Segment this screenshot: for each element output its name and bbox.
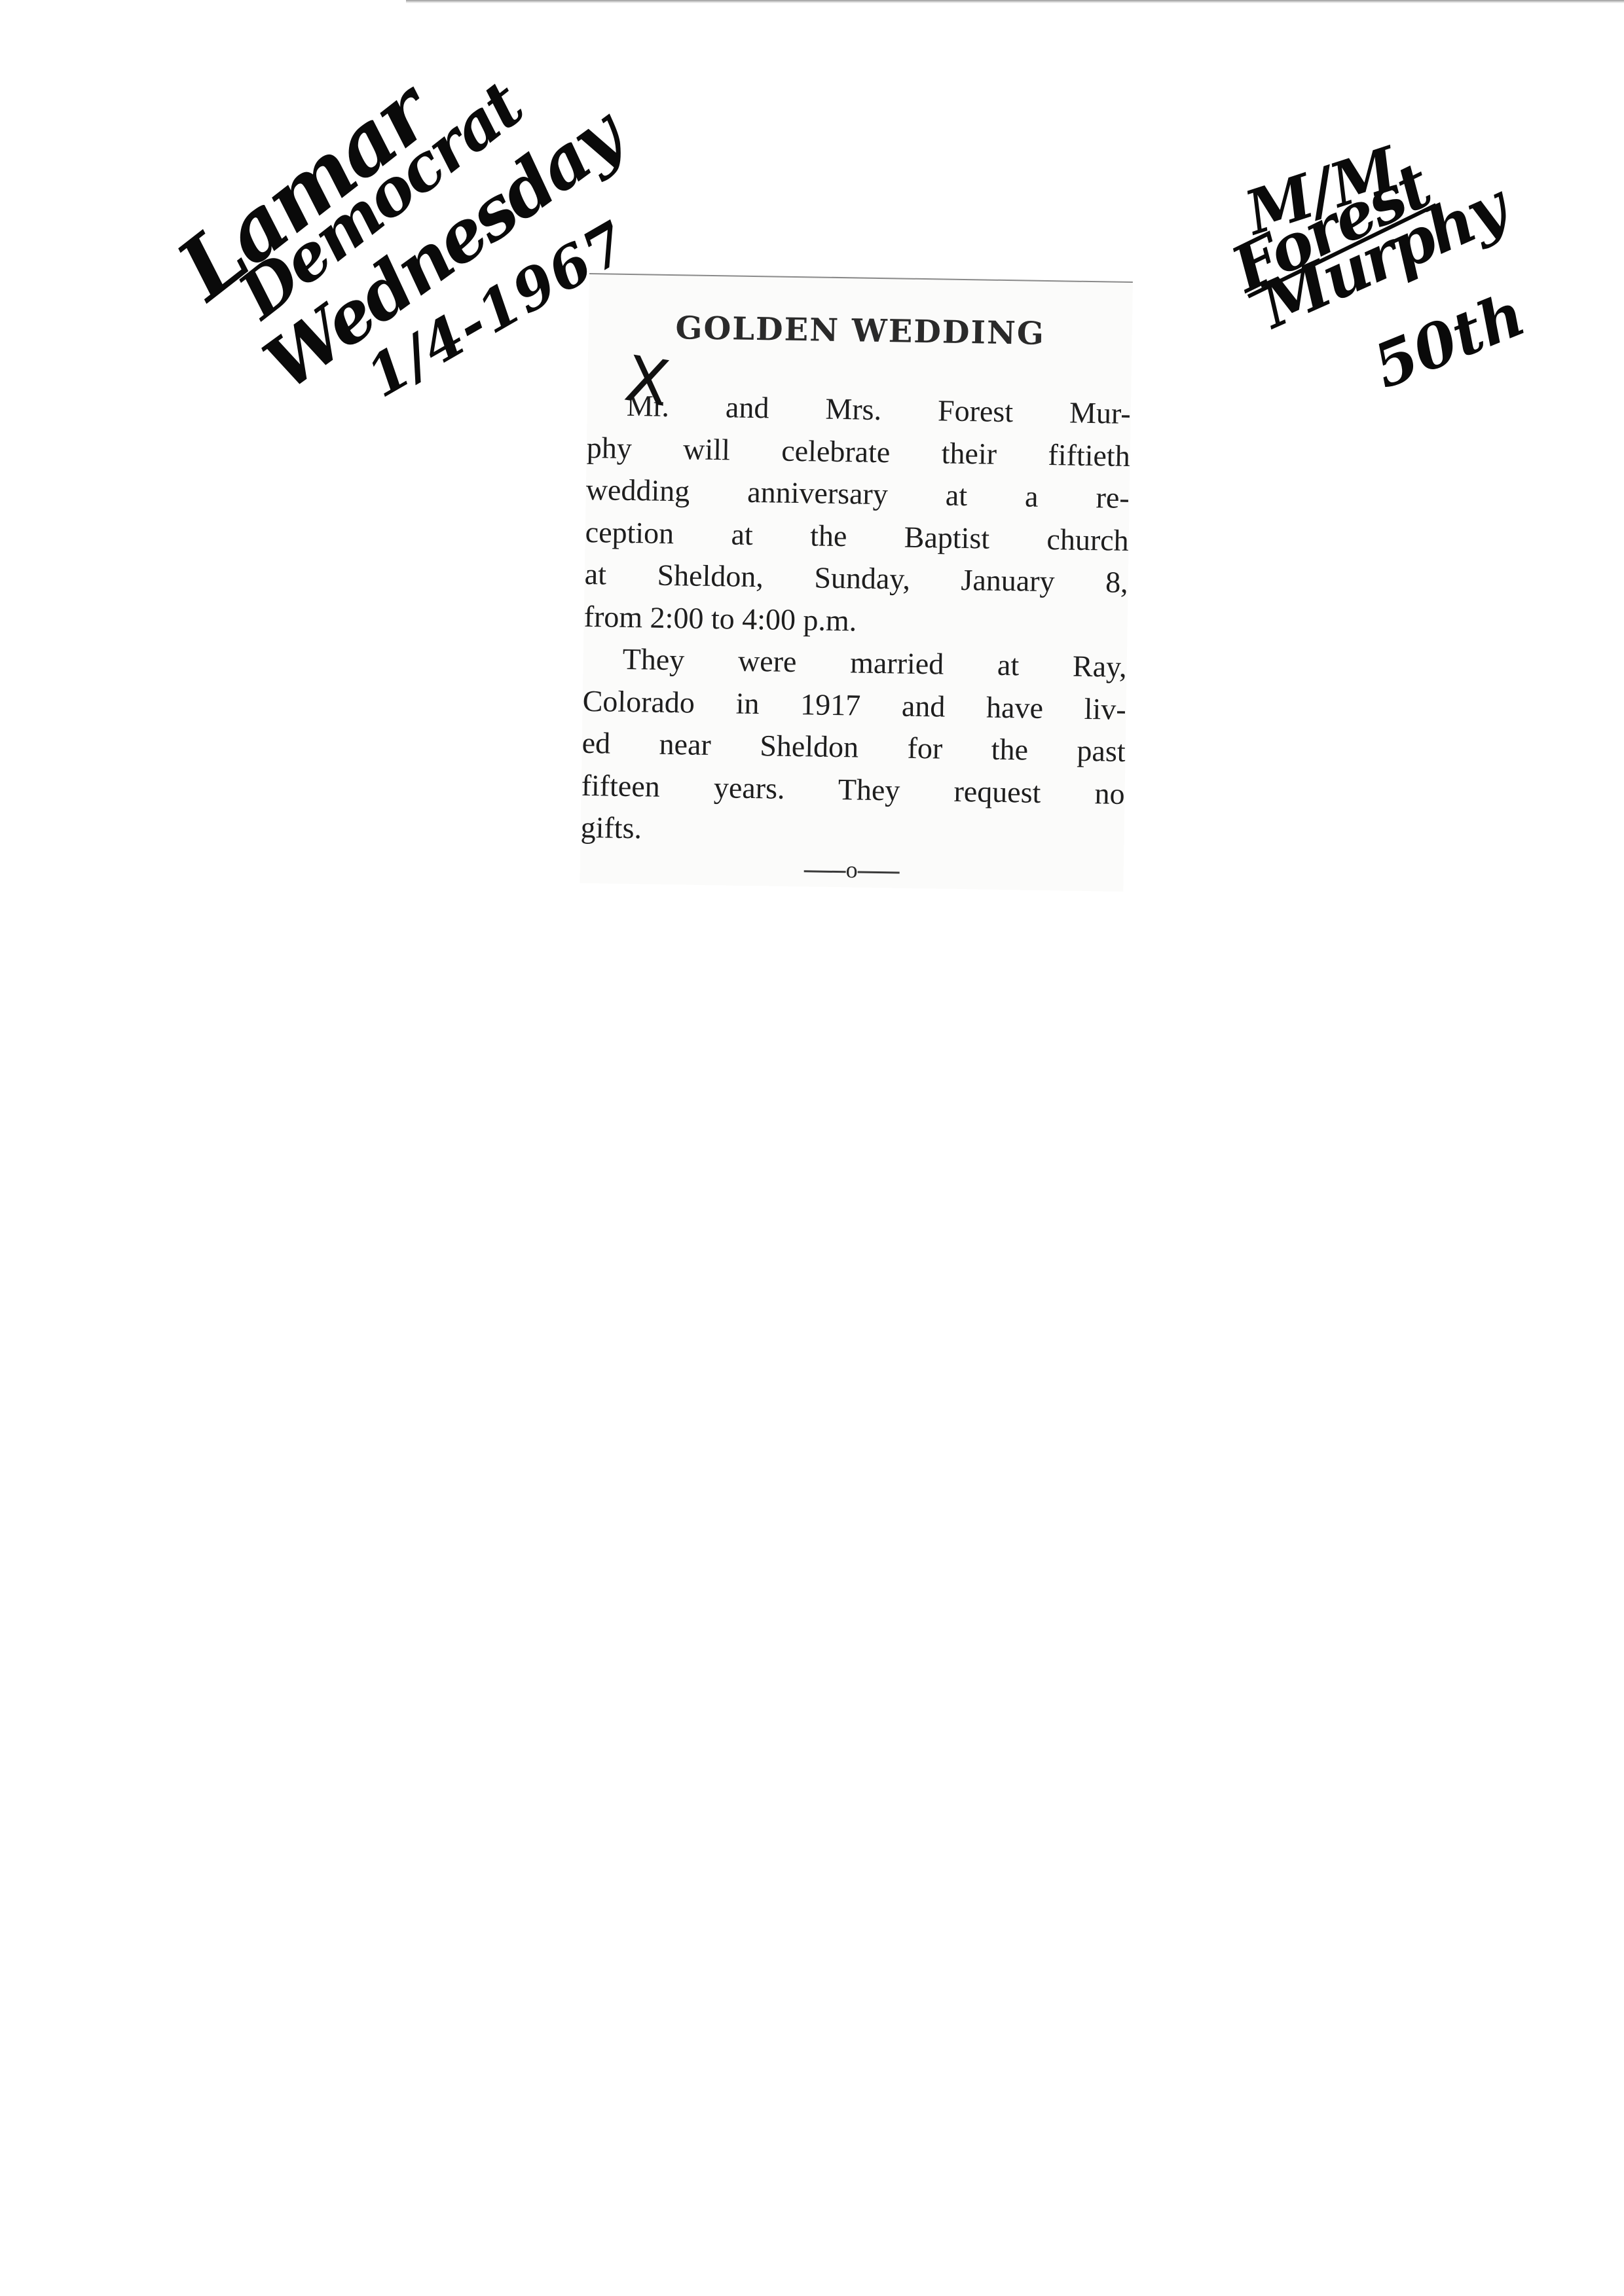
separator-mark: o (845, 856, 858, 883)
separator-rule-left (804, 870, 846, 873)
clipping-line: They were married at Ray, (583, 638, 1127, 689)
clipping-line: at Sheldon, Sunday, January 8, (584, 553, 1128, 604)
clipping-line: gifts. (580, 807, 1124, 858)
clipping-line: ed near Sheldon for the past (581, 722, 1126, 773)
note-line-anniversary: 50th (1366, 283, 1533, 397)
scan-top-edge (406, 0, 1624, 3)
clipping-headline: GOLDEN WEDDING (588, 308, 1132, 354)
clipping-paragraph-history: They were married at Ray, Colorado in 19… (580, 638, 1127, 857)
clipping-end-separator: o (580, 852, 1124, 888)
newspaper-clipping: GOLDEN WEDDING X Mr. and Mrs. Forest Mur… (580, 273, 1133, 892)
handwritten-note-source-date: Lamar Democrat Wednesday 1/4-1967 (196, 131, 563, 426)
clipping-line: fifteen years. They request no (581, 764, 1125, 815)
clipping-line: Mr. and Mrs. Forest Mur- (587, 384, 1131, 435)
separator-rule-right (858, 871, 900, 874)
clipping-body: X Mr. and Mrs. Forest Mur- phy will cele… (580, 384, 1131, 857)
handwritten-note-subject: M/M Forest Murphy 50th (1231, 170, 1532, 419)
clipping-paragraph-announcement: Mr. and Mrs. Forest Mur- phy will celebr… (583, 384, 1131, 646)
clipping-line: wedding anniversary at a re- (585, 469, 1130, 520)
